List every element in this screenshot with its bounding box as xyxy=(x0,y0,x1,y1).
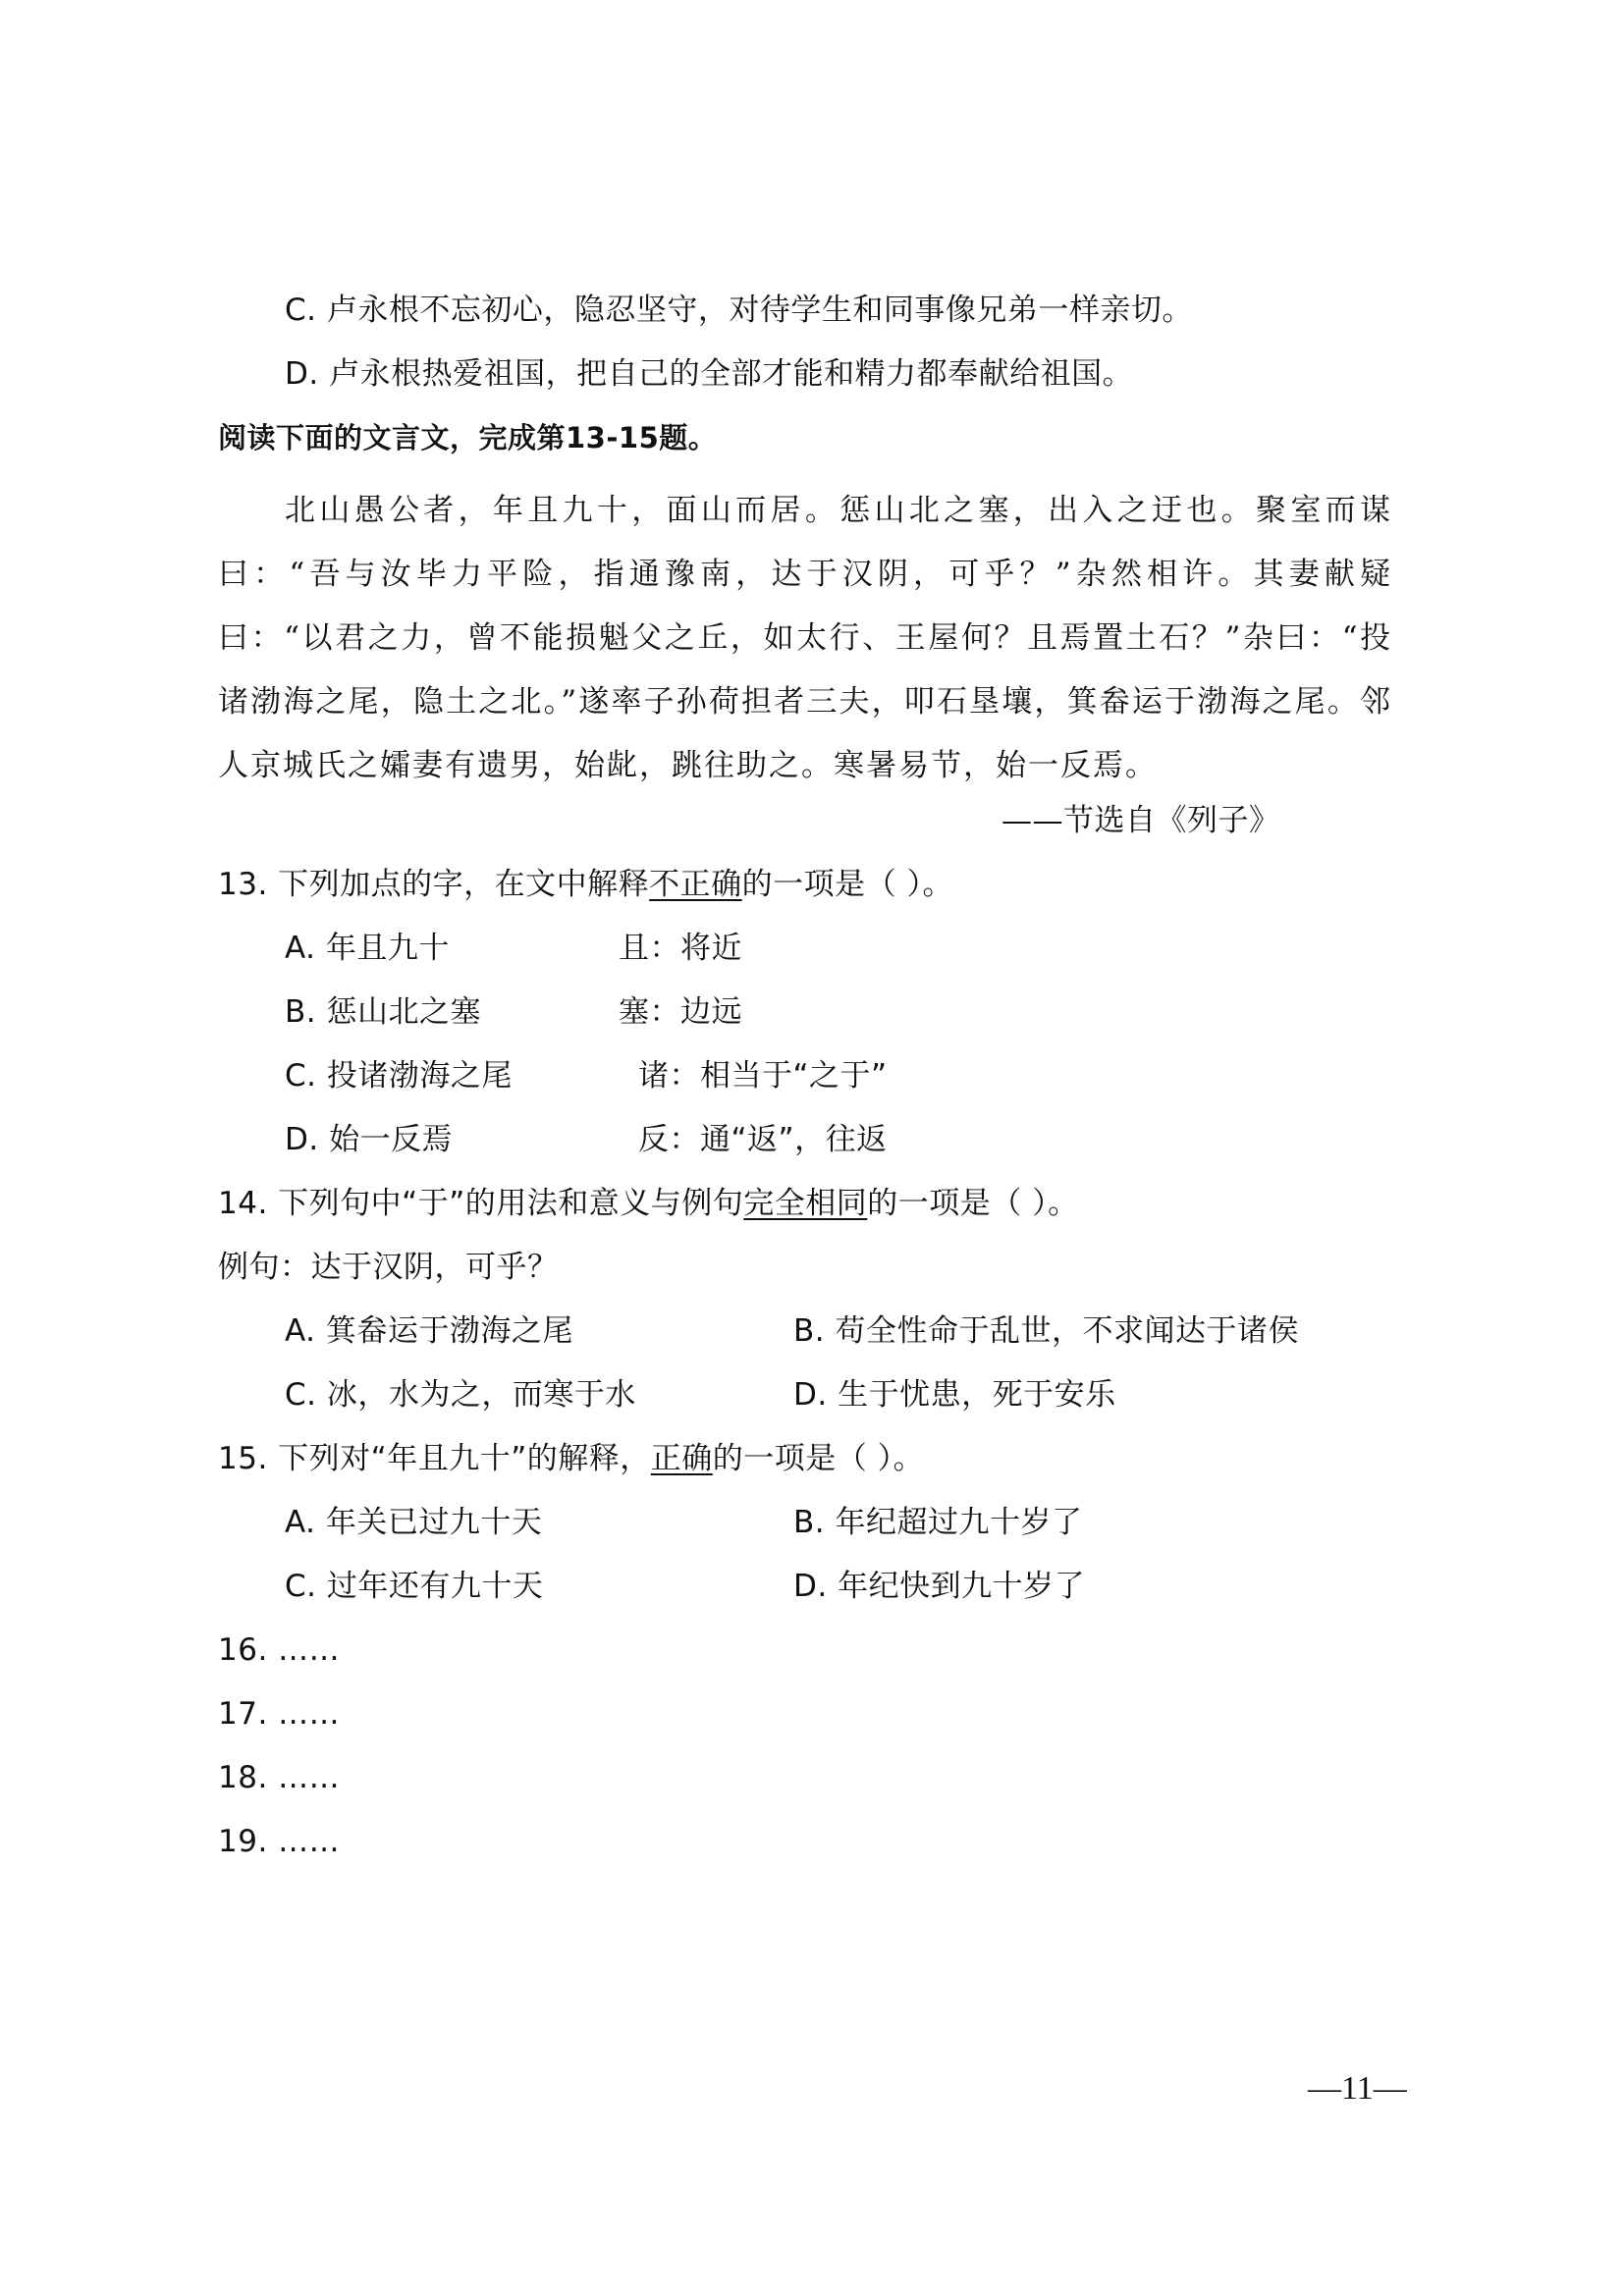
ellipsis-text: …… xyxy=(278,1760,340,1795)
option-phrase: 惩山北之塞 xyxy=(326,994,481,1030)
option-phrase: 投诸渤海之尾 xyxy=(327,1058,513,1094)
option-label: C. xyxy=(285,1056,317,1095)
option-text: 箕畚运于渤海之尾 xyxy=(326,1313,573,1349)
question-number: 19. xyxy=(218,1824,268,1859)
prev-option-c: C. 卢永根不忘初心，隐忍坚守，对待学生和同事像兄弟一样亲切。 xyxy=(285,291,1193,330)
stem-emphasis: 正确 xyxy=(651,1441,713,1476)
stem-text: 下列对“年且九十”的解释， xyxy=(278,1441,651,1476)
option-text: 年关已过九十天 xyxy=(326,1505,543,1540)
q13-option-d-explanation: 反：通“返”，往返 xyxy=(638,1120,888,1159)
stem-emphasis: 不正确 xyxy=(649,867,742,902)
question-number: 15. xyxy=(218,1441,268,1476)
q14-option-c: C. 冰，水为之，而寒于水 xyxy=(285,1375,636,1415)
question-number: 13. xyxy=(218,867,268,902)
option-label: D. xyxy=(285,354,319,394)
option-phrase: 始一反焉 xyxy=(329,1122,453,1157)
stem-text-after: 的一项是（ ）。 xyxy=(713,1441,924,1476)
classical-passage: 北山愚公者，年且九十，面山而居。惩山北之塞，出入之迂也。聚室而谋曰：“吾与汝毕力… xyxy=(218,479,1392,798)
option-text: 年纪超过九十岁了 xyxy=(835,1505,1082,1540)
option-label: B. xyxy=(793,1311,825,1351)
option-label: D. xyxy=(793,1375,828,1415)
option-label: A. xyxy=(285,1311,316,1351)
question-16-placeholder: 16. …… xyxy=(218,1630,340,1670)
q14-option-d: D. 生于忧患，死于安乐 xyxy=(793,1375,1116,1415)
q13-option-a: A. 年且九十 xyxy=(285,929,450,968)
option-label: A. xyxy=(285,929,316,968)
option-label: A. xyxy=(285,1503,316,1542)
stem-text-after: 的一项是（ ）。 xyxy=(867,1186,1078,1221)
q15-option-a: A. 年关已过九十天 xyxy=(285,1503,542,1542)
question-15-stem: 15. 下列对“年且九十”的解释，正确的一项是（ ）。 xyxy=(218,1439,924,1478)
q13-option-b-explanation: 塞：边远 xyxy=(619,992,742,1032)
option-label: C. xyxy=(285,1567,317,1606)
q13-option-b: B. 惩山北之塞 xyxy=(285,992,481,1032)
question-number: 16. xyxy=(218,1632,268,1668)
option-label: B. xyxy=(793,1503,825,1542)
question-14-example: 例句：达于汉阴，可乎？ xyxy=(218,1248,559,1287)
option-label: D. xyxy=(285,1120,319,1159)
option-label: D. xyxy=(793,1567,828,1606)
question-number: 18. xyxy=(218,1760,268,1795)
option-text: 卢永根不忘初心，隐忍坚守，对待学生和同事像兄弟一样亲切。 xyxy=(327,293,1193,328)
page-number: —11— xyxy=(1308,2069,1407,2109)
option-phrase: 年且九十 xyxy=(326,931,450,966)
stem-text-after: 的一项是（ ）。 xyxy=(742,867,953,902)
question-18-placeholder: 18. …… xyxy=(218,1758,340,1797)
question-19-placeholder: 19. …… xyxy=(218,1822,340,1861)
option-text: 冰，水为之，而寒于水 xyxy=(327,1377,636,1413)
option-label: B. xyxy=(285,992,316,1032)
stem-text: 下列加点的字，在文中解释 xyxy=(278,867,649,902)
question-17-placeholder: 17. …… xyxy=(218,1694,340,1734)
question-number: 17. xyxy=(218,1696,268,1732)
q13-option-c: C. 投诸渤海之尾 xyxy=(285,1056,513,1095)
ellipsis-text: …… xyxy=(278,1632,340,1668)
q13-option-a-explanation: 且：将近 xyxy=(619,929,742,968)
q15-option-b: B. 年纪超过九十岁了 xyxy=(793,1503,1082,1542)
ellipsis-text: …… xyxy=(278,1696,340,1732)
prev-option-d: D. 卢永根热爱祖国，把自己的全部才能和精力都奉献给祖国。 xyxy=(285,354,1133,394)
option-label: C. xyxy=(285,291,317,330)
option-text: 年纪快到九十岁了 xyxy=(838,1569,1085,1604)
question-number: 14. xyxy=(218,1186,268,1221)
q15-option-c: C. 过年还有九十天 xyxy=(285,1567,543,1606)
stem-text: 下列句中“于”的用法和意义与例句 xyxy=(278,1186,743,1221)
option-text: 过年还有九十天 xyxy=(327,1569,544,1604)
ellipsis-text: …… xyxy=(278,1824,340,1859)
option-text: 苟全性命于乱世，不求闻达于诸侯 xyxy=(835,1313,1299,1349)
question-13-stem: 13. 下列加点的字，在文中解释不正确的一项是（ ）。 xyxy=(218,865,953,904)
option-text: 生于忧患，死于安乐 xyxy=(838,1377,1116,1413)
section-instruction: 阅读下面的文言文，完成第13-15题。 xyxy=(218,418,717,457)
q14-option-a: A. 箕畚运于渤海之尾 xyxy=(285,1311,573,1351)
stem-emphasis: 完全相同 xyxy=(743,1186,867,1221)
passage-attribution: ——节选自《列子》 xyxy=(1001,801,1280,840)
q14-option-b: B. 苟全性命于乱世，不求闻达于诸侯 xyxy=(793,1311,1299,1351)
q13-option-d: D. 始一反焉 xyxy=(285,1120,453,1159)
q15-option-d: D. 年纪快到九十岁了 xyxy=(793,1567,1085,1606)
q13-option-c-explanation: 诸：相当于“之于” xyxy=(638,1056,888,1095)
question-14-stem: 14. 下列句中“于”的用法和意义与例句完全相同的一项是（ ）。 xyxy=(218,1184,1079,1223)
exam-page: C. 卢永根不忘初心，隐忍坚守，对待学生和同事像兄弟一样亲切。 D. 卢永根热爱… xyxy=(0,0,1624,2296)
option-label: C. xyxy=(285,1375,317,1415)
option-text: 卢永根热爱祖国，把自己的全部才能和精力都奉献给祖国。 xyxy=(329,356,1133,392)
